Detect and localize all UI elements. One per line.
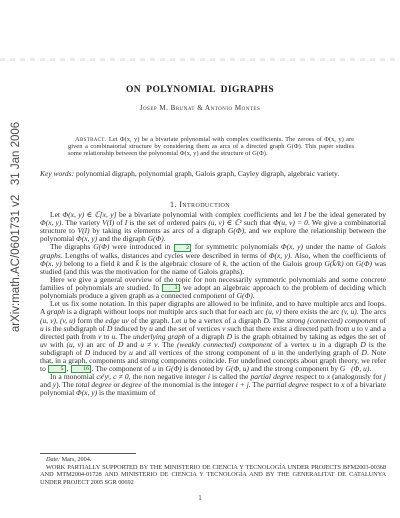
paper-title: ON POLYNOMIAL DIGRAPHS xyxy=(0,85,400,95)
footnote-rule xyxy=(40,453,136,454)
emphasized-text: i + j xyxy=(236,380,249,389)
arxiv-stamp: arXiv:math.AC/0601731 v2 31 Jan 2006 xyxy=(10,109,24,345)
text-run: respect to xyxy=(308,380,341,389)
paper-page: arXiv:math.AC/0601731 v2 31 Jan 2006 ON … xyxy=(0,0,400,518)
text-run: . The xyxy=(249,380,266,389)
paragraph: Let Φ(x, y) ∈ ℂ[x, y] be a bivariate pol… xyxy=(40,211,386,243)
footnote-date-label: Date: xyxy=(46,456,60,463)
keywords-block: Key words: polynomial digraph, polynomia… xyxy=(40,170,386,178)
footnote-block: Date: Mars, 2004. WORK PARTIALLY SUPPORT… xyxy=(40,453,386,487)
abstract-label: Abstract. xyxy=(75,136,107,143)
paragraph: Here we give a general overview of the t… xyxy=(40,276,386,301)
paragraph: In a monomial cxⁱyʲ, c ≠ 0, the non nega… xyxy=(40,373,386,397)
page-number: 1 xyxy=(0,494,400,502)
text-run: is the maximum of xyxy=(97,388,155,397)
top-dashed-line xyxy=(0,58,400,61)
paper-authors: Josep M. Brunat & Antonio Montes xyxy=(0,104,400,112)
keywords-label: Key words: xyxy=(40,169,74,178)
section-heading-introduction: 1. Introduction xyxy=(0,200,400,209)
keywords-text: polynomial digraph, polynomial graph, Ga… xyxy=(74,169,339,178)
body-paragraphs: Let Φ(x, y) ∈ ℂ[x, y] be a bivariate pol… xyxy=(40,211,386,397)
text-run: on xyxy=(344,259,356,268)
emphasized-text: partial degree xyxy=(266,380,308,389)
paragraph: The digraphs G(Φ) were introduced in 2 f… xyxy=(40,243,386,276)
footnote-support-text: WORK PARTIALLY SUPPORTED BY THE MINISTER… xyxy=(40,464,386,487)
emphasized-text: G(Φ) xyxy=(228,226,244,235)
emphasized-text: G(k̄/k) xyxy=(324,259,343,268)
footnote-date-text: Mars, 2004. xyxy=(60,456,91,463)
emphasized-text: G(Φ) xyxy=(356,259,372,268)
abstract-text: Let Φ(x, y) be a bivariate polynomial wi… xyxy=(68,136,354,157)
abstract-block: Abstract. Let Φ(x, y) be a bivariate pol… xyxy=(68,136,354,157)
footnote-date: Date: Mars, 2004. xyxy=(40,456,386,463)
emphasized-text: Φ(x, y) xyxy=(76,388,97,397)
paragraph: Let us fix some notation. In this paper … xyxy=(40,300,386,373)
